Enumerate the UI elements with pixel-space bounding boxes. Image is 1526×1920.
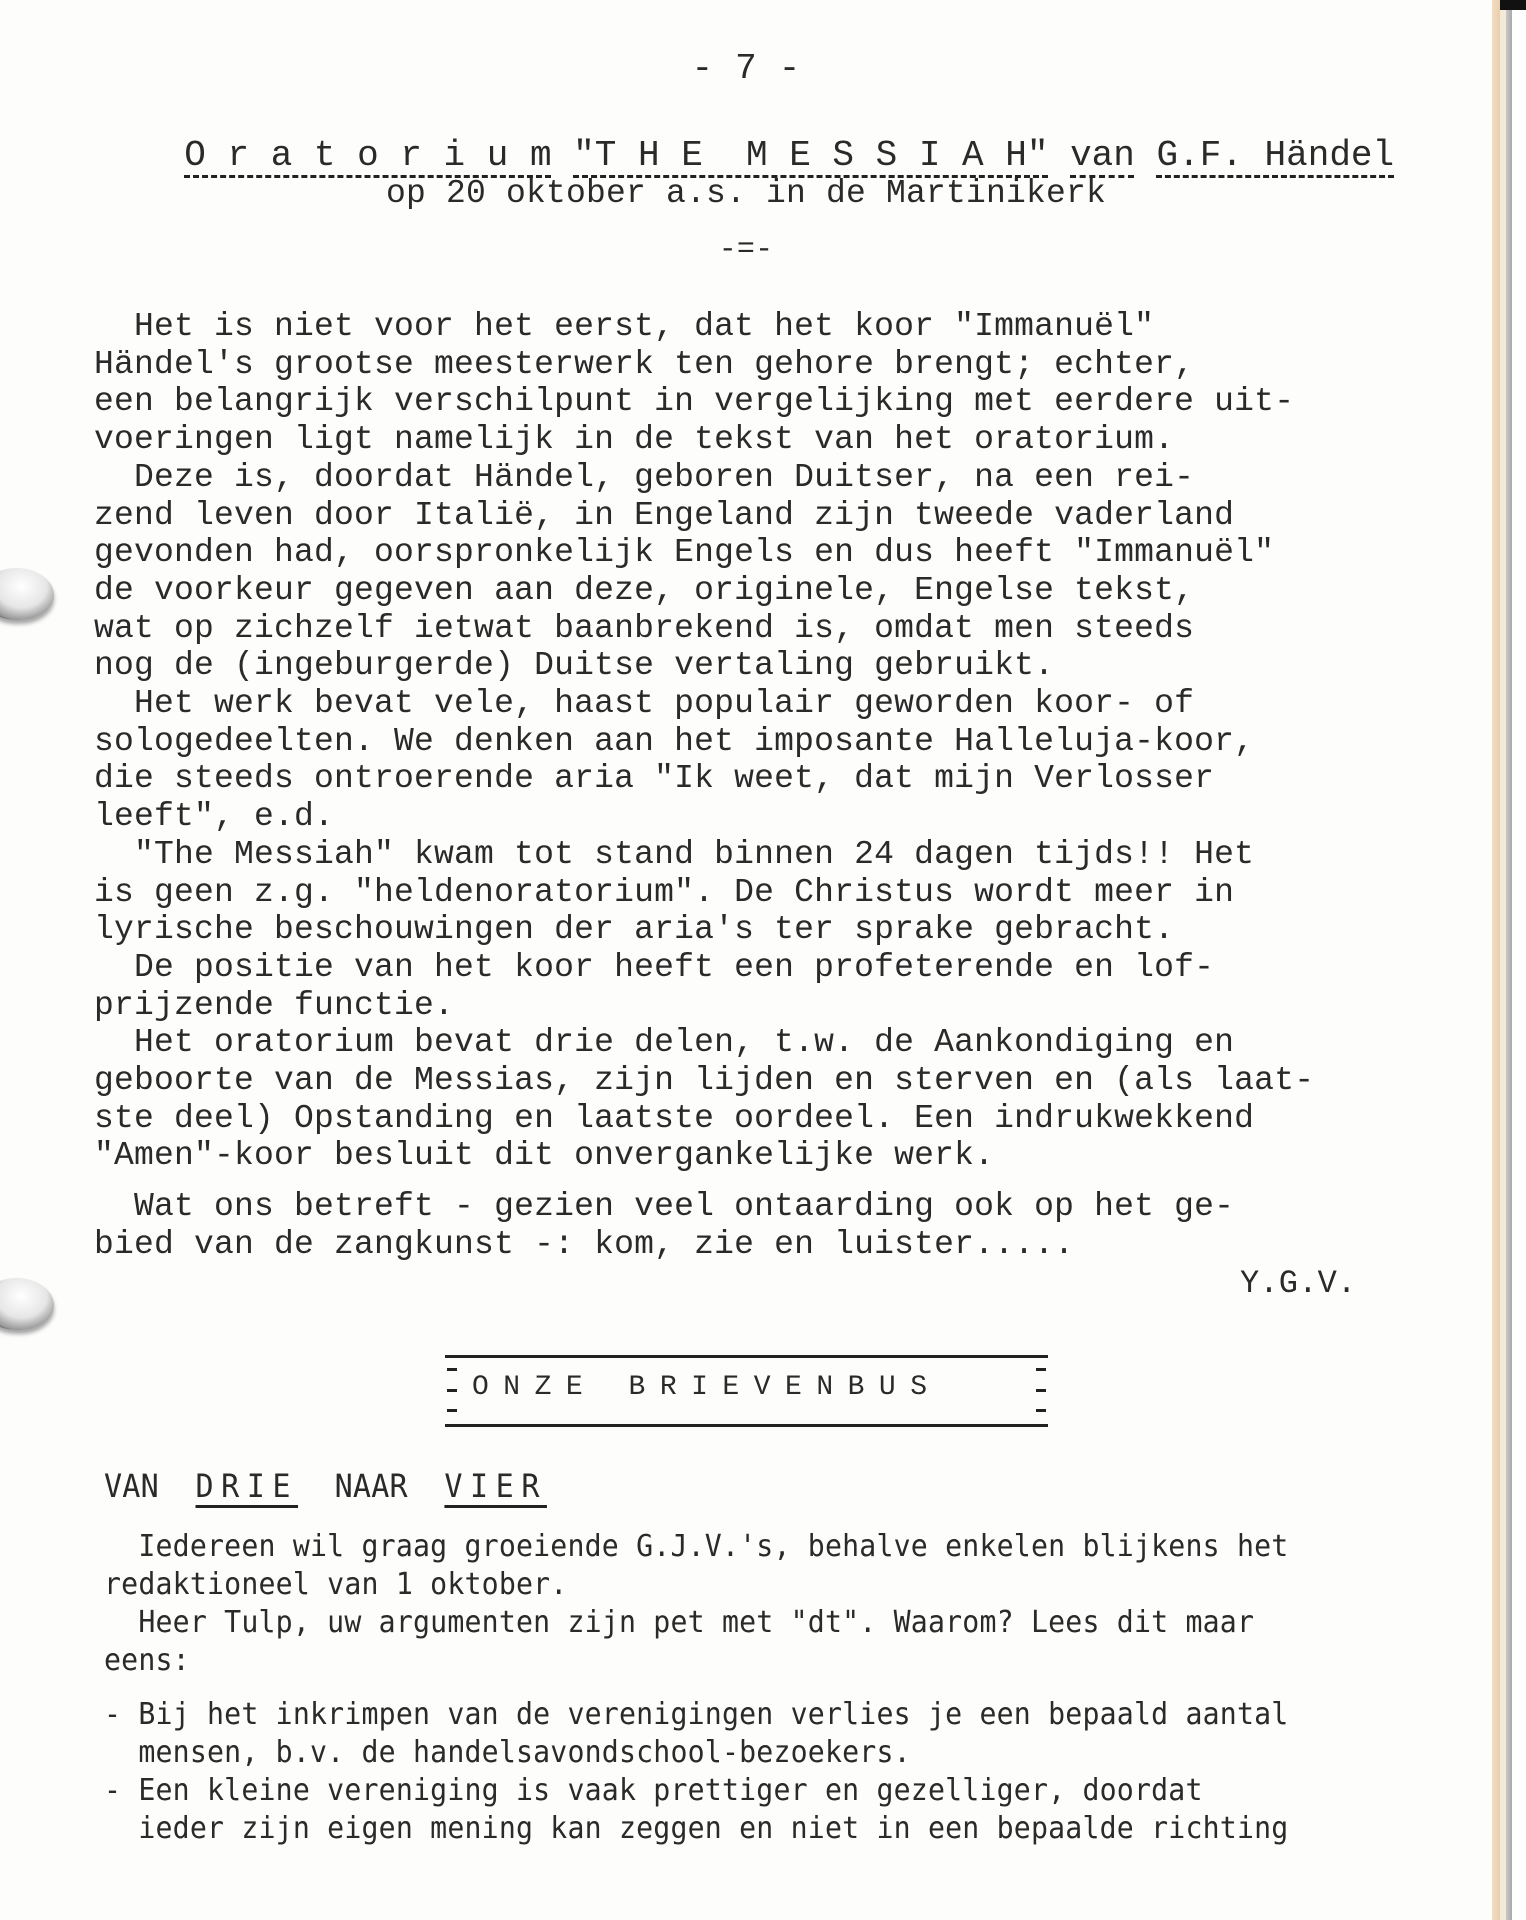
- article-line: de voorkeur gegeven aan deze, originele,…: [94, 572, 1194, 609]
- section-bracket-right: [1036, 1368, 1046, 1412]
- article-line: "The Messiah" kwam tot stand binnen 24 d…: [94, 836, 1254, 873]
- separator: -=-: [0, 232, 1492, 269]
- document-page: - 7 - O r a t o r i u m "T H E M E S S I…: [0, 0, 1492, 1920]
- letter-bullet-line: mensen, b.v. de handelsavondschool-bezoe…: [104, 1734, 911, 1771]
- article-line: lyrische beschouwingen der aria's ter sp…: [94, 911, 1174, 948]
- letter-bullet-line: - Een kleine vereniging is vaak prettige…: [104, 1772, 1203, 1809]
- article-line: Händel's grootse meesterwerk ten gehore …: [94, 346, 1194, 383]
- title-part-van: van: [1070, 135, 1135, 176]
- article-line: wat op zichzelf ietwat baanbrekend is, o…: [94, 610, 1194, 647]
- section-title: ONZE BRIEVENBUS: [472, 1372, 942, 1403]
- article-line: voeringen ligt namelijk in de tekst van …: [94, 421, 1174, 458]
- letter-line: Iedereen wil graag groeiende G.J.V.'s, b…: [104, 1528, 1288, 1565]
- article-line: ste deel) Opstanding en laatste oordeel.…: [94, 1100, 1254, 1137]
- article-line: Deze is, doordat Händel, geboren Duitser…: [94, 459, 1194, 496]
- closing-line: Wat ons betreft - gezien veel ontaarding…: [94, 1188, 1234, 1225]
- article-line: leeft", e.d.: [94, 798, 334, 835]
- article-line: "Amen"-koor besluit dit onvergankelijke …: [94, 1137, 994, 1174]
- title-part-oratorium: O r a t o r i u m: [184, 135, 551, 176]
- page-corner: [1500, 0, 1526, 10]
- article-line: Het werk bevat vele, haast populair gewo…: [94, 685, 1194, 722]
- letter-line: eens:: [104, 1642, 190, 1679]
- title-part-composer: G.F. Händel: [1156, 135, 1394, 176]
- letter-heading: VAN DRIE NAAR VIER: [104, 1468, 547, 1505]
- article-line: Het is niet voor het eerst, dat het koor…: [94, 308, 1154, 345]
- signature: Y.G.V.: [1240, 1265, 1356, 1302]
- section-bracket-left: [447, 1368, 457, 1412]
- letter-line: Heer Tulp, uw argumenten zijn pet met "d…: [104, 1604, 1254, 1641]
- section-rule-bottom: [445, 1424, 1048, 1427]
- punch-hole: [0, 1278, 54, 1330]
- letter-bullet-line: - Bij het inkrimpen van de verenigingen …: [104, 1696, 1288, 1733]
- title-part-messiah: "T H E M E S S I A H": [573, 135, 1048, 176]
- background: [1512, 0, 1526, 1920]
- heading-word-drie: DRIE: [196, 1467, 299, 1505]
- closing-line: bied van de zangkunst -: kom, zie en lui…: [94, 1226, 1074, 1263]
- section-rule-top: [445, 1355, 1048, 1358]
- article-line: geboorte van de Messias, zijn lijden en …: [94, 1062, 1314, 1099]
- article-line: sologedeelten. We denken aan het imposan…: [94, 723, 1254, 760]
- article-line: De positie van het koor heeft een profet…: [94, 949, 1214, 986]
- article-line: is geen z.g. "heldenoratorium". De Chris…: [94, 874, 1234, 911]
- punch-hole: [0, 568, 54, 620]
- article-subtitle: op 20 oktober a.s. in de Martinikerk: [0, 175, 1492, 212]
- article-line: prijzende functie.: [94, 987, 454, 1024]
- page-edge: [1492, 0, 1500, 1920]
- letter-line: redaktioneel van 1 oktober.: [104, 1566, 567, 1603]
- article-line: Het oratorium bevat drie delen, t.w. de …: [94, 1024, 1234, 1061]
- article-line: een belangrijk verschilpunt in vergelijk…: [94, 383, 1294, 420]
- article-line: gevonden had, oorspronkelijk Engels en d…: [94, 534, 1274, 571]
- article-line: nog de (ingeburgerde) Duitse vertaling g…: [94, 647, 1054, 684]
- page-number: - 7 -: [0, 50, 1492, 87]
- letter-bullet-line: ieder zijn eigen mening kan zeggen en ni…: [104, 1810, 1288, 1847]
- article-line: zend leven door Italië, in Engeland zijn…: [94, 497, 1234, 534]
- heading-word-vier: VIER: [444, 1467, 547, 1505]
- article-line: die steeds ontroerende aria "Ik weet, da…: [94, 760, 1214, 797]
